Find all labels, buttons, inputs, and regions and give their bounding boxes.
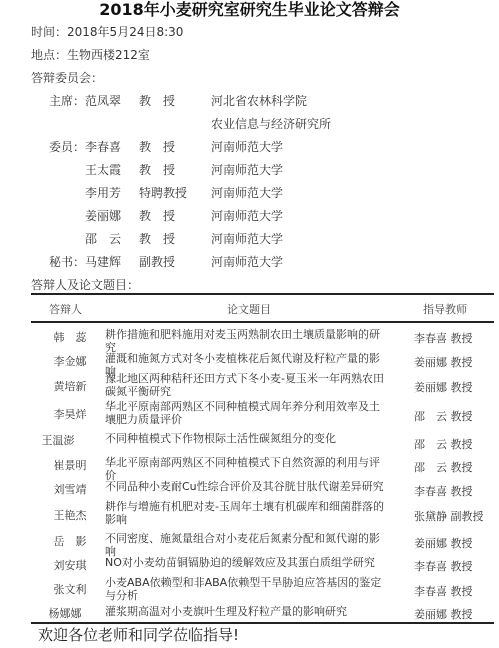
advisor-name: 姜丽娜 教授 [414, 535, 473, 551]
member-org: 河南师范大学 [211, 140, 283, 154]
student-name: 刘雪靖 [40, 481, 100, 497]
thesis-topic: 不同品种小麦耐Cu性综合评价及其谷胱甘肽代谢差异研究 [105, 480, 390, 493]
student-name: 张文利 [40, 581, 100, 597]
time-line: 时间：2018年5月24日8:30 [31, 25, 183, 39]
thesis-topic: 耕作措施和肥料施用对麦玉两熟制农田土壤质量影响的研究 [105, 328, 390, 354]
member-org: 农业信息与经济研究所 [211, 117, 331, 131]
member-org: 河南师范大学 [211, 186, 283, 200]
table-top-rule [31, 293, 494, 295]
welcome-message: 欢迎各位老师和同学莅临指导! [38, 626, 239, 644]
member-rank: 教 授 [139, 232, 175, 246]
advisor-name: 邵 云 教授 [414, 436, 473, 452]
table-bottom-rule [31, 622, 494, 624]
place-line: 地点：生物西楼212室 [31, 48, 150, 62]
thesis-topic: 灌浆期高温对小麦旗叶生理及籽粒产量的影响研究 [105, 605, 390, 618]
member-rank: 教 授 [139, 163, 175, 177]
header-advisor: 指导教师 [423, 303, 467, 317]
advisor-name: 李春喜 教授 [414, 483, 473, 499]
defense-section-heading: 答辩人及论文题目： [31, 278, 139, 292]
member-org: 河南师范大学 [211, 255, 283, 269]
header-student: 答辩人 [49, 303, 82, 317]
student-name: 李金娜 [40, 353, 100, 369]
advisor-name: 姜丽娜 教授 [414, 379, 473, 395]
advisor-name: 姜丽娜 教授 [414, 354, 473, 370]
advisor-name: 姜丽娜 教授 [414, 606, 473, 622]
thesis-topic: NO对小麦幼苗铜镉胁迫的缓解效应及其蛋白质组学研究 [105, 556, 390, 569]
table-header-rule [31, 321, 494, 323]
thesis-topic: 耕作与增施有机肥对麦-玉周年土壤有机碳库和细菌群落的影响 [105, 500, 390, 526]
advisor-name: 李春喜 教授 [414, 583, 473, 599]
student-name: 岳 影 [40, 533, 100, 549]
thesis-topic: 不同密度、施氮量组合对小麦花后氮素分配和氮代谢的影响 [105, 532, 390, 558]
member-name: 姜丽娜 [85, 209, 121, 223]
member-role: 主席： [49, 94, 85, 108]
member-name: 李用芳 [85, 186, 121, 200]
member-name: 李春喜 [85, 140, 121, 154]
advisor-name: 张黛静 副教授 [414, 508, 484, 524]
student-name: 刘安琪 [40, 557, 100, 573]
member-rank: 教 授 [139, 209, 175, 223]
member-org: 河北省农林科学院 [211, 94, 307, 108]
advisor-name: 邵 云 教授 [414, 408, 473, 424]
page-title: 2018年小麦研究室研究生毕业论文答辩会 [0, 1, 499, 19]
place-value: 生物西楼212室 [67, 48, 150, 62]
member-name: 王太霞 [85, 163, 121, 177]
member-org: 河南师范大学 [211, 163, 283, 177]
member-rank: 教 授 [139, 140, 175, 154]
student-name: 崔景明 [40, 457, 100, 473]
thesis-topic: 不同种植模式下作物根际土活性碳氮组分的变化 [105, 432, 390, 445]
member-name: 邵 云 [85, 232, 121, 246]
header-topic: 论文题目 [227, 303, 271, 317]
time-value: 2018年5月24日8:30 [67, 25, 183, 39]
committee-heading: 答辩委员会： [31, 71, 103, 85]
place-label: 地点： [31, 48, 67, 62]
member-role: 委员： [49, 140, 85, 154]
student-name: 杨娜娜 [35, 605, 95, 621]
student-name: 王艳杰 [40, 507, 100, 523]
advisor-name: 李春喜 教授 [414, 330, 473, 346]
member-name: 马建辉 [85, 255, 121, 269]
student-name: 王温澎 [28, 432, 88, 448]
student-name: 李昊烊 [40, 406, 100, 422]
thesis-topic: 小麦ABA依赖型和非ABA依赖型干旱胁迫应答基因的鉴定与分析 [105, 576, 390, 602]
member-name: 范凤翠 [85, 94, 121, 108]
student-name: 韩 蕊 [40, 329, 100, 345]
thesis-topic: 华北平原南部两熟区不同种植模式周年养分利用效率及土壤肥力质量评价 [105, 400, 390, 426]
member-rank: 教 授 [139, 94, 175, 108]
member-rank: 副教授 [139, 255, 175, 269]
member-role: 秘书： [49, 255, 85, 269]
student-name: 黄培新 [40, 378, 100, 394]
advisor-name: 李春喜 教授 [414, 558, 473, 574]
member-org: 河南师范大学 [211, 232, 283, 246]
thesis-topic: 豫北地区两种秸秆还田方式下冬小麦-夏玉米一年两熟农田碳氮平衡研究 [105, 372, 390, 398]
member-org: 河南师范大学 [211, 209, 283, 223]
advisor-name: 邵 云 教授 [414, 459, 473, 475]
thesis-topic: 华北平原南部两熟区不同种植模式下自然资源的利用与评价 [105, 456, 390, 482]
member-rank: 特聘教授 [139, 186, 187, 200]
time-label: 时间： [31, 25, 67, 39]
